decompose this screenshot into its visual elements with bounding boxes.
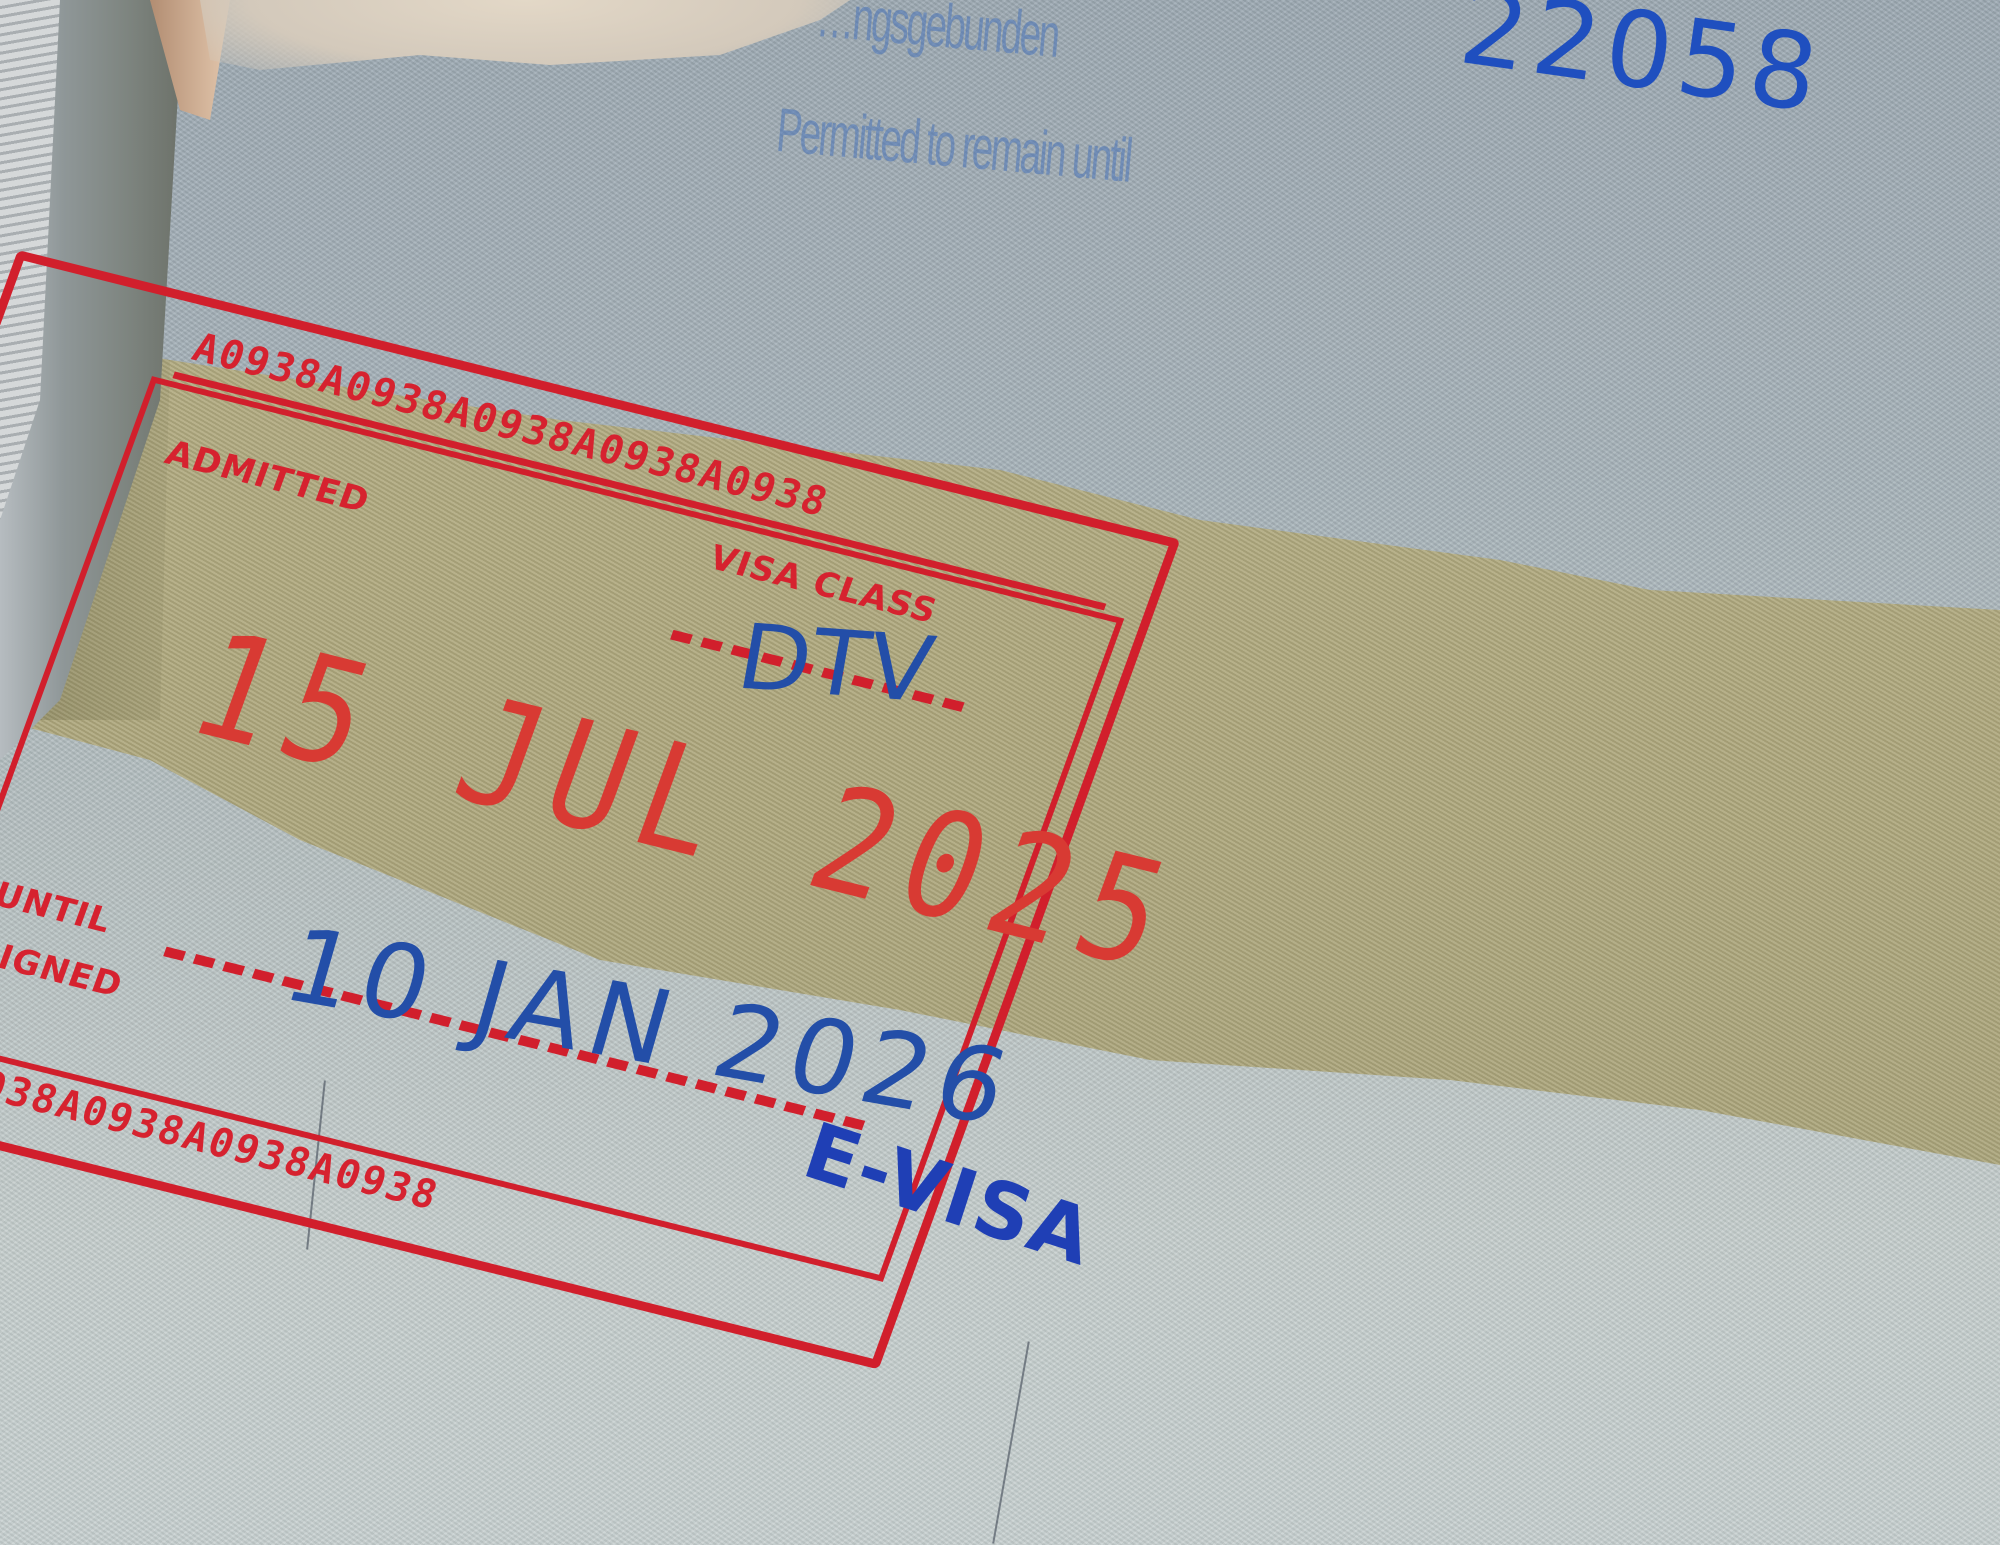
top-page-area xyxy=(200,0,850,80)
pen-mark xyxy=(992,1341,1030,1543)
background-printed-text-remain-until: Permitted to remain until xyxy=(774,95,1133,197)
background-printed-text: …ngsgebunden xyxy=(814,0,1061,72)
handwritten-visa-class: DTV xyxy=(730,605,941,723)
background-handwritten-number: 22058 xyxy=(1453,0,1830,137)
passport-page: …ngsgebunden Permitted to remain until 2… xyxy=(0,0,2000,1545)
